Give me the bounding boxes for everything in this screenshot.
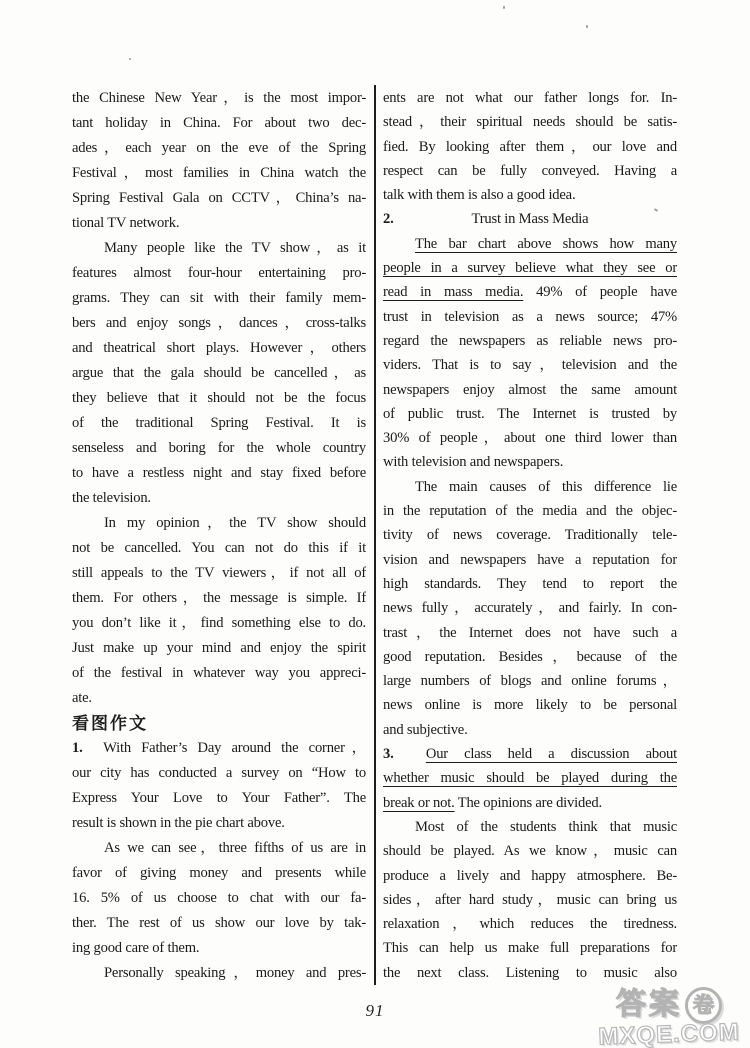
text-line: grams. They can sit with their family me… xyxy=(72,286,366,311)
text-line: 3. Our class held a discussion about xyxy=(383,742,677,766)
text-segment: features almost four-hour entertaining p… xyxy=(72,265,366,281)
text-line: produce a lively and happy atmosphere. B… xyxy=(383,864,677,888)
text-line: features almost four-hour entertaining p… xyxy=(72,261,366,286)
text-segment: of the traditional Spring Festival. It i… xyxy=(72,415,366,431)
text-line: The main causes of this difference lie xyxy=(383,475,677,499)
text-segment: stead，their spiritual needs should be sa… xyxy=(383,114,677,130)
left-text-column: the Chinese New Year，is the most impor-t… xyxy=(72,86,366,986)
text-segment: In my opinion，the TV show should xyxy=(104,515,366,531)
text-segment: good reputation. Besides，because of the xyxy=(383,649,677,665)
text-line: Many people like the TV show，as it xyxy=(72,236,366,261)
text-line: 16. 5% of us choose to chat with our fa- xyxy=(72,886,366,911)
scan-speck xyxy=(129,58,131,60)
text-line: senseless and boring for the whole count… xyxy=(72,436,366,461)
text-line: Personally speaking，money and pres- xyxy=(72,961,366,986)
text-segment: senseless and boring for the whole count… xyxy=(72,440,366,456)
text-line: Festival，most families in China watch th… xyxy=(72,161,366,186)
text-line: regard the newspapers as reliable news p… xyxy=(383,329,677,353)
text-line: tant holiday in China. For about two dec… xyxy=(72,111,366,136)
text-line: of public trust. The Internet is trusted… xyxy=(383,402,677,426)
text-segment: in the reputation of the media and the o… xyxy=(383,503,677,519)
text-line: viders. That is to say，television and th… xyxy=(383,353,677,377)
text-line: not be cancelled. You can not do this if… xyxy=(72,536,366,561)
text-line: result is shown in the pie chart above. xyxy=(72,811,366,836)
text-segment: news online is more likely to be persona… xyxy=(383,697,677,713)
text-line: them. For others，the message is simple. … xyxy=(72,586,366,611)
text-line: large numbers of blogs and online forums… xyxy=(383,669,677,693)
text-segment: to have a restless night and stay fixed … xyxy=(72,465,366,481)
text-segment: should be played. As we know，music can xyxy=(383,843,677,859)
text-line: of the traditional Spring Festival. It i… xyxy=(72,411,366,436)
text-line: fied. By looking after them，our love and xyxy=(383,135,677,159)
text-line: Spring Festival Gala on CCTV，China’s na- xyxy=(72,186,366,211)
text-segment: trast，the Internet does not have such a xyxy=(383,625,677,641)
underlined-text: break or not. xyxy=(383,795,455,811)
text-segment: Most of the students think that music xyxy=(415,819,677,835)
text-segment: the television. xyxy=(72,490,151,506)
text-line: vision and newspapers have a reputation … xyxy=(383,548,677,572)
text-line: ther. The rest of us show our love by ta… xyxy=(72,911,366,936)
text-segment: Festival，most families in China watch th… xyxy=(72,165,366,181)
text-line: ades，each year on the eve of the Spring xyxy=(72,136,366,161)
text-line: and theatrical short plays. However，othe… xyxy=(72,336,366,361)
heading-title: Trust in Mass Media xyxy=(472,211,589,227)
text-line: ate. xyxy=(72,686,366,711)
right-text-column: ents are not what our father longs for. … xyxy=(383,86,677,985)
text-segment: not be cancelled. You can not do this if… xyxy=(72,540,366,556)
text-line: trust in television as a news source; 47… xyxy=(383,305,677,329)
item-number: 1. xyxy=(72,740,83,756)
text-segment: high standards. They tend to report the xyxy=(383,576,677,592)
text-line: the next class. Listening to music also xyxy=(383,961,677,985)
text-line: read in mass media. 49% of people have xyxy=(383,280,677,304)
text-segment: favor of giving money and presents while xyxy=(72,865,366,881)
text-line: respect can be fully conveyed. Having a xyxy=(383,159,677,183)
text-segment: fied. By looking after them，our love and xyxy=(383,139,677,155)
text-line: relaxation，which reduces the tiredness. xyxy=(383,912,677,936)
text-segment: with television and newspapers. xyxy=(383,454,563,470)
text-segment: 看图作文 xyxy=(72,714,148,733)
text-line: to have a restless night and stay fixed … xyxy=(72,461,366,486)
text-segment: tant holiday in China. For about two dec… xyxy=(72,115,366,131)
text-line: ing good care of them. xyxy=(72,936,366,961)
text-line: the television. xyxy=(72,486,366,511)
text-line: favor of giving money and presents while xyxy=(72,861,366,886)
text-line: with television and newspapers. xyxy=(383,450,677,474)
scan-speck xyxy=(586,25,588,28)
text-segment: of the festival in whatever way you appr… xyxy=(72,665,366,681)
section-heading: 2.Trust in Mass Media xyxy=(383,207,677,231)
item-number: 3. xyxy=(383,746,394,762)
text-segment: Spring Festival Gala on CCTV，China’s na- xyxy=(72,190,366,206)
text-segment: respect can be fully conveyed. Having a xyxy=(383,163,677,179)
column-divider-rule xyxy=(374,85,376,985)
text-line: ents are not what our father longs for. … xyxy=(383,86,677,110)
text-segment: of public trust. The Internet is trusted… xyxy=(383,406,677,422)
text-line: people in a survey believe what they see… xyxy=(383,256,677,280)
text-line: you don’t like it，find something else to… xyxy=(72,611,366,636)
text-segment: them. For others，the message is simple. … xyxy=(72,590,366,606)
text-line: of the festival in whatever way you appr… xyxy=(72,661,366,686)
text-segment: With Father’s Day around the corner， xyxy=(83,740,366,756)
text-line: tivity of news coverage. Traditionally t… xyxy=(383,523,677,547)
text-segment: ents are not what our father longs for. … xyxy=(383,90,677,106)
text-segment: and theatrical short plays. However，othe… xyxy=(72,340,366,356)
text-segment: ades，each year on the eve of the Spring xyxy=(72,140,366,156)
text-line: talk with them is also a good idea. xyxy=(383,183,677,207)
text-segment: This can help us make full preparations … xyxy=(383,940,677,956)
text-line: Express Your Love to Your Father”. The xyxy=(72,786,366,811)
text-segment: regard the newspapers as reliable news p… xyxy=(383,333,677,349)
text-segment: our city has conducted a survey on “How … xyxy=(72,765,366,781)
text-segment: As we can see，three fifths of us are in xyxy=(104,840,366,856)
text-segment: result is shown in the pie chart above. xyxy=(72,815,285,831)
text-line: the Chinese New Year，is the most impor- xyxy=(72,86,366,111)
text-segment: 16. 5% of us choose to chat with our fa- xyxy=(72,890,366,906)
text-line: tional TV network. xyxy=(72,211,366,236)
text-line: stead，their spiritual needs should be sa… xyxy=(383,110,677,134)
text-segment: trust in television as a news source; 47… xyxy=(383,309,677,325)
text-line: break or not. The opinions are divided. xyxy=(383,791,677,815)
text-segment: Personally speaking，money and pres- xyxy=(104,965,366,981)
text-segment: The opinions are divided. xyxy=(455,795,602,811)
watermark-brand-text: 答案 xyxy=(616,988,682,1021)
item-number: 2. xyxy=(383,207,394,231)
text-line: in the reputation of the media and the o… xyxy=(383,499,677,523)
text-line: news fully，accurately，and fairly. In con… xyxy=(383,596,677,620)
text-segment: ate. xyxy=(72,690,92,706)
text-segment: Express Your Love to Your Father”. The xyxy=(72,790,366,806)
text-segment: ing good care of them. xyxy=(72,940,199,956)
text-segment: the Chinese New Year，is the most impor- xyxy=(72,90,366,106)
text-line: sides，after hard study，music can bring u… xyxy=(383,888,677,912)
text-line: Just make up your mind and enjoy the spi… xyxy=(72,636,366,661)
text-segment: they believe that it should not be the f… xyxy=(72,390,366,406)
text-segment: newspapers enjoy almost the same amount xyxy=(383,382,677,398)
text-line: This can help us make full preparations … xyxy=(383,936,677,960)
watermark-site-url: MXQE.COM xyxy=(588,1019,750,1048)
text-segment: relaxation，which reduces the tiredness. xyxy=(383,916,677,932)
underlined-text: people in a survey believe what they see… xyxy=(383,260,677,276)
text-segment: The main causes of this difference lie xyxy=(415,479,677,495)
text-segment: tional TV network. xyxy=(72,215,179,231)
text-segment xyxy=(394,746,426,762)
text-segment: still appeals to the TV viewers，if not a… xyxy=(72,565,366,581)
text-line: whether music should be played during th… xyxy=(383,766,677,790)
text-line: our city has conducted a survey on “How … xyxy=(72,761,366,786)
text-segment: you don’t like it，find something else to… xyxy=(72,615,366,631)
underlined-text: Our class held a discussion about xyxy=(426,746,677,762)
text-line: In my opinion，the TV show should xyxy=(72,511,366,536)
text-segment: Just make up your mind and enjoy the spi… xyxy=(72,640,366,656)
underlined-text: whether music should be played during th… xyxy=(383,770,677,786)
text-segment: talk with them is also a good idea. xyxy=(383,187,575,203)
text-segment: sides，after hard study，music can bring u… xyxy=(383,892,677,908)
watermark: 答案卷 MXQE.COM xyxy=(588,986,750,1048)
text-line: still appeals to the TV viewers，if not a… xyxy=(72,561,366,586)
text-line: 1. With Father’s Day around the corner， xyxy=(72,736,366,761)
text-segment: news fully，accurately，and fairly. In con… xyxy=(383,600,677,616)
text-line: trast，the Internet does not have such a xyxy=(383,621,677,645)
text-line: they believe that it should not be the f… xyxy=(72,386,366,411)
text-segment: 30% of people，about one third lower than xyxy=(383,430,677,446)
text-segment: bers and enjoy songs，dances，cross-talks xyxy=(72,315,366,331)
text-line: bers and enjoy songs，dances，cross-talks xyxy=(72,311,366,336)
text-segment: produce a lively and happy atmosphere. B… xyxy=(383,868,677,884)
text-line: should be played. As we know，music can xyxy=(383,839,677,863)
text-segment: and subjective. xyxy=(383,722,468,738)
scan-speck xyxy=(503,6,505,9)
text-segment: 49% of people have xyxy=(523,284,677,300)
text-segment: ther. The rest of us show our love by ta… xyxy=(72,915,366,931)
text-line: news online is more likely to be persona… xyxy=(383,693,677,717)
text-segment: viders. That is to say，television and th… xyxy=(383,357,677,373)
underlined-text: read in mass media. xyxy=(383,284,523,300)
text-segment: Many people like the TV show，as it xyxy=(104,240,366,256)
text-segment: grams. They can sit with their family me… xyxy=(72,290,366,306)
section-heading-cn: 看图作文 xyxy=(72,711,366,736)
text-line: argue that the gala should be cancelled，… xyxy=(72,361,366,386)
text-segment: tivity of news coverage. Traditionally t… xyxy=(383,527,677,543)
text-line: The bar chart above shows how many xyxy=(383,232,677,256)
text-line: newspapers enjoy almost the same amount xyxy=(383,378,677,402)
text-segment: argue that the gala should be cancelled，… xyxy=(72,365,366,381)
text-line: good reputation. Besides，because of the xyxy=(383,645,677,669)
text-segment: vision and newspapers have a reputation … xyxy=(383,552,677,568)
text-segment: large numbers of blogs and online forums… xyxy=(383,673,677,689)
text-line: Most of the students think that music xyxy=(383,815,677,839)
underlined-text: The bar chart above shows how many xyxy=(415,236,677,252)
text-line: and subjective. xyxy=(383,718,677,742)
text-line: As we can see，three fifths of us are in xyxy=(72,836,366,861)
text-segment: the next class. Listening to music also xyxy=(383,965,677,981)
text-line: 30% of people，about one third lower than xyxy=(383,426,677,450)
text-line: high standards. They tend to report the xyxy=(383,572,677,596)
